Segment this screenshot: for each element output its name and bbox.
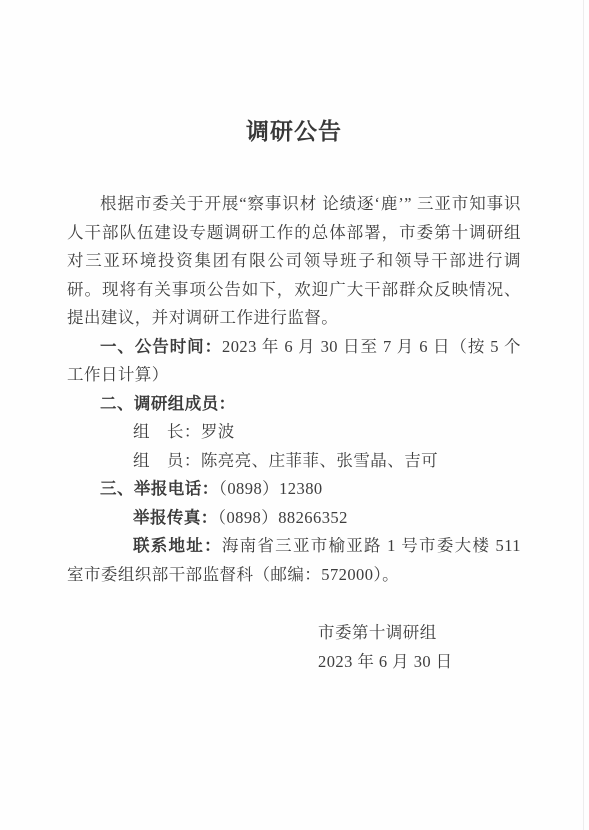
member-members-label: 组 员： [133, 451, 201, 470]
report-phone-label: 三、举报电话： [100, 480, 219, 498]
scan-edge-artifact [583, 0, 584, 830]
member-members-row: 组 员：陈亮亮、庄菲菲、张雪晶、吉可 [67, 447, 521, 476]
report-fax-value: （0898）88266352 [218, 508, 348, 527]
document-title: 调研公告 [67, 118, 521, 146]
announcement-time-label: 一、公告时间： [100, 338, 222, 356]
team-members-label: 二、调研组成员： [100, 395, 236, 413]
signature-block: 市委第十调研组 2023 年 6 月 30 日 [318, 619, 521, 676]
section-announcement-time: 一、公告时间：2023 年 6 月 30 日至 7 月 6 日（按 5 个工作日… [67, 333, 521, 390]
member-leader-label: 组 长： [133, 422, 201, 441]
report-fax-label: 举报传真： [133, 509, 218, 527]
member-leader-value: 罗波 [201, 422, 235, 441]
report-phone-row: 三、举报电话：（0898）12380 [67, 475, 521, 504]
section-team-members-heading: 二、调研组成员： [67, 390, 521, 419]
document-page: 调研公告 根据市委关于开展“察事识材 论绩逐‘鹿’” 三亚市知事识人干部队伍建设… [0, 0, 589, 830]
contact-address-label: 联系地址： [133, 537, 222, 555]
intro-paragraph: 根据市委关于开展“察事识材 论绩逐‘鹿’” 三亚市知事识人干部队伍建设专题调研工… [67, 190, 521, 333]
report-phone-value: （0898）12380 [219, 479, 323, 498]
report-fax-row: 举报传真：（0898）88266352 [67, 504, 521, 533]
member-leader-row: 组 长：罗波 [67, 418, 521, 447]
contact-address-row: 联系地址：海南省三亚市榆亚路 1 号市委大楼 511 室市委组织部干部监督科（邮… [67, 532, 521, 589]
signature-org: 市委第十调研组 [318, 619, 521, 648]
member-members-value: 陈亮亮、庄菲菲、张雪晶、吉可 [201, 451, 438, 470]
intro-text: 根据市委关于开展“察事识材 论绩逐‘鹿’” 三亚市知事识人干部队伍建设专题调研工… [67, 194, 521, 327]
signature-date: 2023 年 6 月 30 日 [318, 648, 521, 677]
